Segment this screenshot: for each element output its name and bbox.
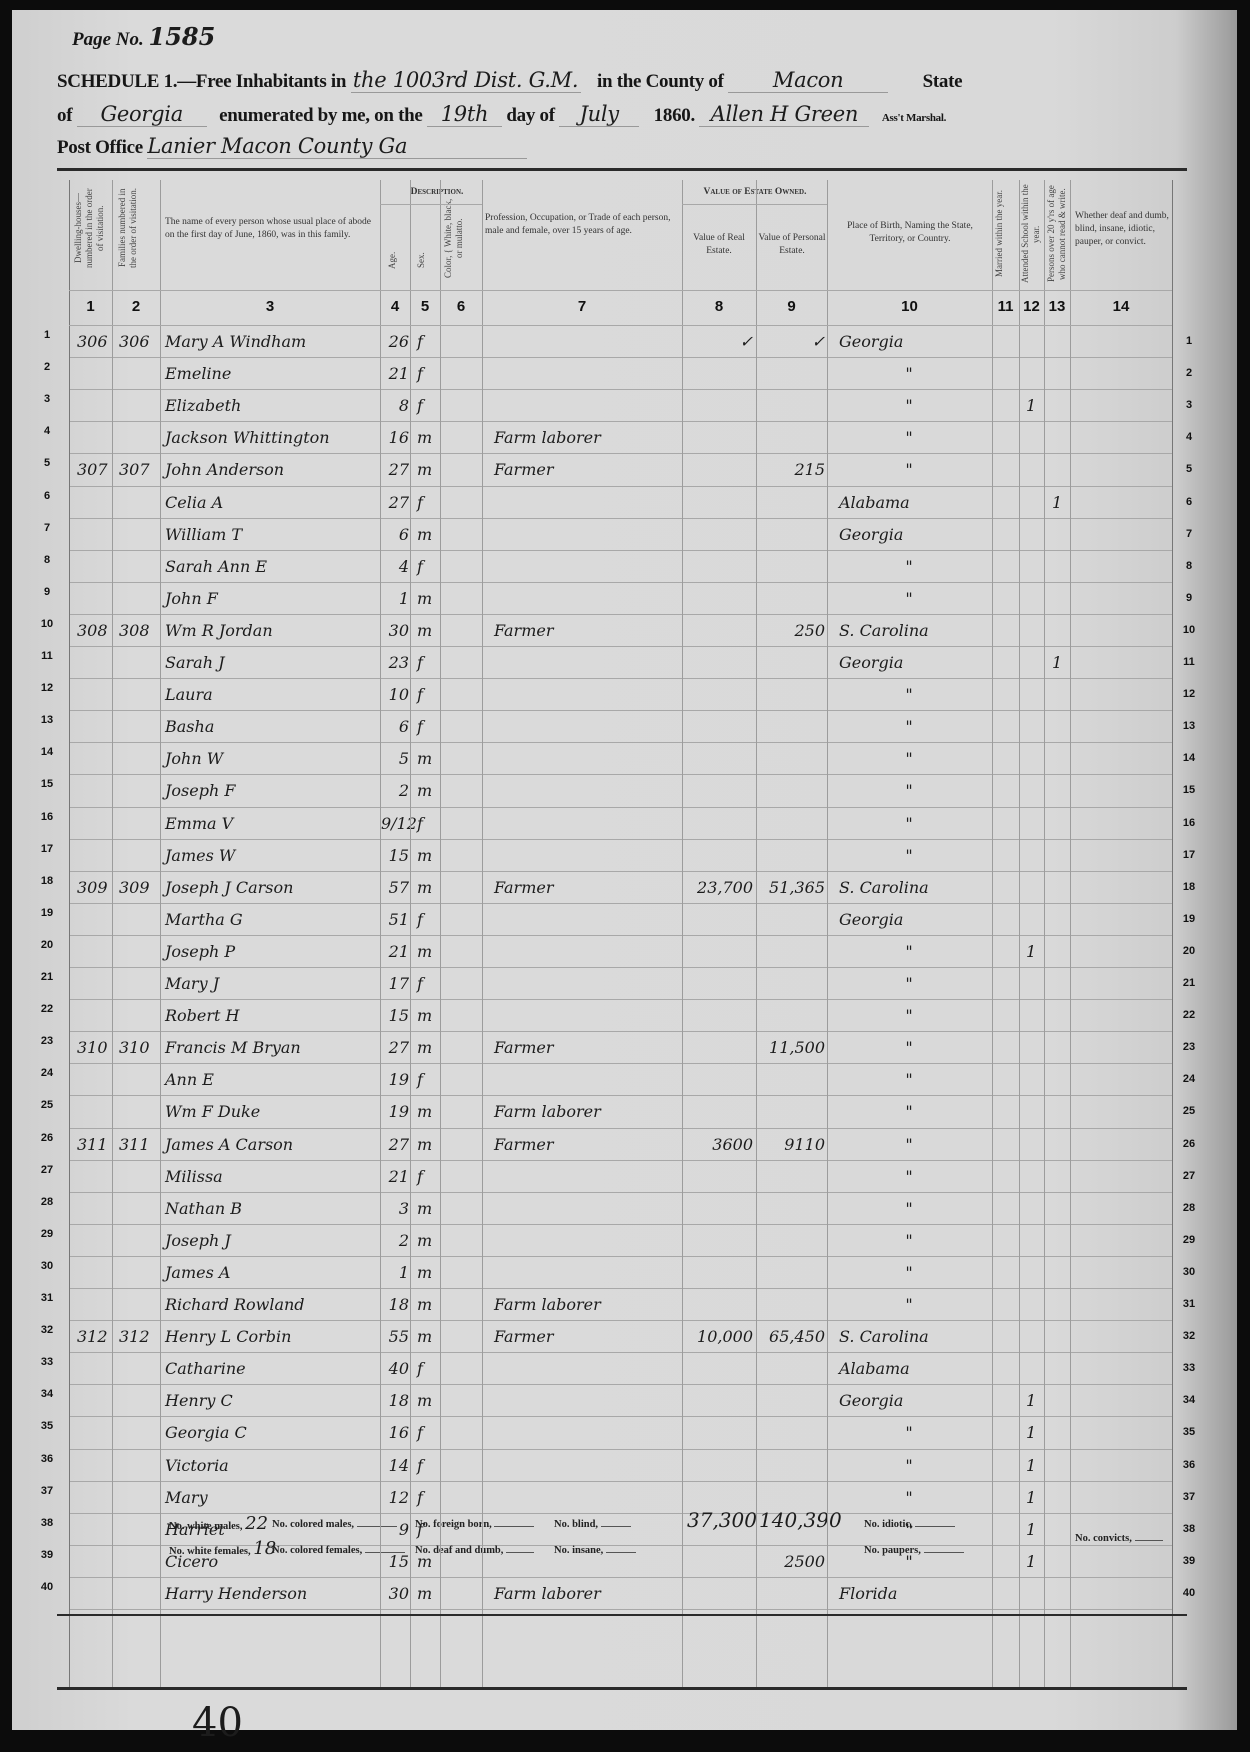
cell-name: Henry C xyxy=(165,1391,380,1410)
white-males-label: No. white males, xyxy=(169,1521,243,1532)
cell-sex: f xyxy=(417,1167,437,1186)
row-divider xyxy=(69,1256,1172,1257)
idiotic-count: No. idiotic, xyxy=(864,1516,955,1530)
column-divider xyxy=(1044,180,1045,1689)
cell-name: Emeline xyxy=(165,364,380,383)
foreign-born-label: No. foreign born, xyxy=(415,1519,492,1530)
cell-school: 1 xyxy=(1026,942,1040,961)
cell-name: Nathan B xyxy=(165,1199,380,1218)
row-number-right: 33 xyxy=(1177,1362,1201,1374)
cell-age: 27 xyxy=(381,493,409,512)
cell-birth: Georgia xyxy=(839,332,989,351)
cell-birth: Georgia xyxy=(839,653,989,672)
cell-age: 15 xyxy=(381,846,409,865)
cell-name: Mary A Windham xyxy=(165,332,380,351)
cell-personal: 11,500 xyxy=(759,1038,825,1057)
row-number-left: 34 xyxy=(35,1388,59,1400)
row-number-left: 16 xyxy=(35,811,59,823)
row-divider xyxy=(69,839,1172,840)
col-number: 5 xyxy=(410,298,440,315)
insane-count: No. insane, xyxy=(554,1542,636,1556)
row-number-left: 27 xyxy=(35,1164,59,1176)
cell-name: Joseph P xyxy=(165,942,380,961)
cell-name: James W xyxy=(165,846,380,865)
cell-name: Harry Henderson xyxy=(165,1584,380,1603)
cell-name: Sarah Ann E xyxy=(165,557,380,576)
cell-name: James A Carson xyxy=(165,1135,380,1154)
schedule-label: SCHEDULE 1.—Free Inhabitants in xyxy=(57,71,346,92)
marshal-name: Allen H Green xyxy=(699,102,869,127)
column-divider xyxy=(160,180,161,1689)
cell-sex: m xyxy=(417,749,437,768)
row-divider xyxy=(69,518,1172,519)
column-divider xyxy=(69,180,70,1689)
cell-school: 1 xyxy=(1026,1520,1040,1539)
row-number-right: 29 xyxy=(1177,1234,1201,1246)
white-males-value: 22 xyxy=(245,1513,268,1534)
cell-birth: " xyxy=(839,717,979,736)
cell-birth: " xyxy=(839,1199,979,1218)
col-number: 4 xyxy=(380,298,410,315)
cell-school: 1 xyxy=(1026,1552,1040,1571)
cell-birth: " xyxy=(839,1038,979,1057)
cell-name: Henry L Corbin xyxy=(165,1327,380,1346)
row-number-right: 24 xyxy=(1177,1073,1201,1085)
row-number-left: 3 xyxy=(35,393,59,405)
col-number: 12 xyxy=(1019,298,1044,315)
cell-occupation: Farmer xyxy=(494,1327,679,1346)
cell-occupation: Farmer xyxy=(494,621,679,640)
cell-age: 6 xyxy=(381,525,409,544)
row-number-right: 34 xyxy=(1177,1394,1201,1406)
cell-name: Francis M Bryan xyxy=(165,1038,380,1057)
cell-dwelling: 306 xyxy=(77,332,112,351)
cell-age: 17 xyxy=(381,974,409,993)
cell-name: Joseph J xyxy=(165,1231,380,1250)
cell-sex: m xyxy=(417,525,437,544)
header-divider xyxy=(682,204,827,205)
cell-age: 15 xyxy=(381,1006,409,1025)
row-number-right: 38 xyxy=(1177,1523,1201,1535)
header-divider xyxy=(69,325,1172,326)
cell-name: Wm F Duke xyxy=(165,1102,380,1121)
row-number-left: 26 xyxy=(35,1132,59,1144)
row-number-right: 31 xyxy=(1177,1298,1201,1310)
row-number-left: 20 xyxy=(35,939,59,951)
cell-family: 310 xyxy=(119,1038,159,1057)
cell-real: 10,000 xyxy=(685,1327,753,1346)
cell-birth: " xyxy=(839,1488,979,1507)
cell-birth: " xyxy=(839,1006,979,1025)
page-label: Page No. xyxy=(72,29,144,50)
cell-sex: f xyxy=(417,814,437,833)
col-header-age: Age. xyxy=(387,240,407,280)
cell-family: 307 xyxy=(119,460,159,479)
row-number-left: 40 xyxy=(35,1581,59,1593)
cell-name: Martha G xyxy=(165,910,380,929)
cell-age: 21 xyxy=(381,942,409,961)
cell-sex: m xyxy=(417,428,437,447)
row-number-left: 18 xyxy=(35,875,59,887)
cell-name: John F xyxy=(165,589,380,608)
column-divider xyxy=(482,180,483,1689)
cell-occupation: Farmer xyxy=(494,1135,679,1154)
row-number-right: 17 xyxy=(1177,849,1201,861)
row-number-right: 7 xyxy=(1177,528,1201,540)
row-number-left: 32 xyxy=(35,1324,59,1336)
row-number-right: 1 xyxy=(1177,335,1201,347)
row-number-left: 29 xyxy=(35,1228,59,1240)
cell-age: 16 xyxy=(381,428,409,447)
cell-sex: f xyxy=(417,685,437,704)
cell-name: Elizabeth xyxy=(165,396,380,415)
row-number-left: 35 xyxy=(35,1420,59,1432)
month-value: July xyxy=(559,102,639,127)
cell-sex: m xyxy=(417,621,437,640)
cell-birth: " xyxy=(839,814,979,833)
cell-name: Joseph J Carson xyxy=(165,878,380,897)
row-number-left: 1 xyxy=(35,329,59,341)
cell-age: 12 xyxy=(381,1488,409,1507)
cell-sex: f xyxy=(417,1456,437,1475)
cell-name: Richard Rowland xyxy=(165,1295,380,1314)
col-number: 10 xyxy=(827,298,992,315)
row-number-right: 40 xyxy=(1177,1587,1201,1599)
row-divider xyxy=(69,1609,1172,1610)
cell-school: 1 xyxy=(1026,1423,1040,1442)
cell-name: Laura xyxy=(165,685,380,704)
row-number-right: 19 xyxy=(1177,913,1201,925)
col-number: 1 xyxy=(69,298,112,315)
row-number-left: 10 xyxy=(35,618,59,630)
cell-age: 27 xyxy=(381,460,409,479)
cell-name: Jackson Whittington xyxy=(165,428,380,447)
enumeration-line: of Georgia enumerated by me, on the 19th… xyxy=(57,102,946,127)
cell-name: Wm R Jordan xyxy=(165,621,380,640)
cell-birth: " xyxy=(839,846,979,865)
col-header-sex: Sex. xyxy=(416,240,436,280)
cell-name: Victoria xyxy=(165,1456,380,1475)
cell-birth: S. Carolina xyxy=(839,1327,989,1346)
cell-dwelling: 308 xyxy=(77,621,112,640)
col-number: 8 xyxy=(682,298,756,315)
row-number-right: 22 xyxy=(1177,1009,1201,1021)
col-header-illiterate: Persons over 20 y'rs of age who cannot r… xyxy=(1046,184,1068,284)
row-divider xyxy=(69,742,1172,743)
footer-bottom-rule xyxy=(57,1687,1187,1690)
cell-sex: m xyxy=(417,1006,437,1025)
cell-personal: 215 xyxy=(759,460,825,479)
col-header-color: Color, { White, black, or mulatto. xyxy=(443,196,479,280)
cell-family: 312 xyxy=(119,1327,159,1346)
row-number-left: 6 xyxy=(35,490,59,502)
cell-sex: f xyxy=(417,910,437,929)
cell-sex: f xyxy=(417,332,437,351)
cell-occupation: Farm laborer xyxy=(494,428,679,447)
col-header-personal-estate: Value of Personal Estate. xyxy=(757,232,827,258)
col-header-family: Families numbered in the order of visita… xyxy=(117,186,155,270)
post-office-line: Post Office Lanier Macon County Ga xyxy=(57,134,527,159)
cell-age: 30 xyxy=(381,1584,409,1603)
cell-real: 23,700 xyxy=(685,878,753,897)
row-number-left: 23 xyxy=(35,1035,59,1047)
cell-personal: 250 xyxy=(759,621,825,640)
cell-personal: ✓ xyxy=(759,332,825,351)
cell-personal: 9110 xyxy=(759,1135,825,1154)
cell-age: 1 xyxy=(381,589,409,608)
cell-birth: " xyxy=(839,460,979,479)
cell-age: 16 xyxy=(381,1423,409,1442)
cell-family: 308 xyxy=(119,621,159,640)
cell-name: Robert H xyxy=(165,1006,380,1025)
cell-name: Mary J xyxy=(165,974,380,993)
row-number-left: 17 xyxy=(35,843,59,855)
cell-sex: m xyxy=(417,942,437,961)
cell-school: 1 xyxy=(1026,1488,1040,1507)
cell-age: 8 xyxy=(381,396,409,415)
cell-name: Emma V xyxy=(165,814,380,833)
row-number-right: 2 xyxy=(1177,367,1201,379)
row-divider xyxy=(69,871,1172,872)
row-divider xyxy=(69,1416,1172,1417)
idiotic-label: No. idiotic, xyxy=(864,1519,913,1530)
row-divider xyxy=(69,999,1172,1000)
cell-sex: m xyxy=(417,1231,437,1250)
row-number-left: 7 xyxy=(35,522,59,534)
col-header-birthplace: Place of Birth, Naming the State, Territ… xyxy=(835,220,985,246)
cell-sex: f xyxy=(417,974,437,993)
cell-personal: 51,365 xyxy=(759,878,825,897)
row-number-left: 11 xyxy=(35,650,59,662)
paupers-count: No. paupers, xyxy=(864,1542,964,1556)
row-number-right: 3 xyxy=(1177,399,1201,411)
row-number-right: 6 xyxy=(1177,496,1201,508)
col-header-real-estate: Value of Real Estate. xyxy=(684,232,754,258)
cell-sex: m xyxy=(417,460,437,479)
row-number-right: 21 xyxy=(1177,977,1201,989)
cell-age: 1 xyxy=(381,1263,409,1282)
col-number: 2 xyxy=(112,298,160,315)
cell-birth: " xyxy=(839,1295,979,1314)
row-number-left: 39 xyxy=(35,1549,59,1561)
col-header-name: The name of every person whose usual pla… xyxy=(165,216,375,242)
cell-name: Georgia C xyxy=(165,1423,380,1442)
page-number-value: 1585 xyxy=(149,22,216,51)
blind-label: No. blind, xyxy=(554,1519,598,1530)
cell-age: 19 xyxy=(381,1070,409,1089)
cell-sex: m xyxy=(417,846,437,865)
cell-sex: f xyxy=(417,396,437,415)
cell-dwelling: 312 xyxy=(77,1327,112,1346)
cell-birth: " xyxy=(839,428,979,447)
row-number-right: 16 xyxy=(1177,817,1201,829)
col-number: 9 xyxy=(756,298,827,315)
marshal-label: Ass't Marshal. xyxy=(882,112,946,124)
insane-label: No. insane, xyxy=(554,1545,603,1556)
cell-sex: f xyxy=(417,1488,437,1507)
cell-age: 26 xyxy=(381,332,409,351)
row-divider xyxy=(69,710,1172,711)
blind-count: No. blind, xyxy=(554,1516,631,1530)
cell-name: Basha xyxy=(165,717,380,736)
cell-birth: " xyxy=(839,1456,979,1475)
cell-dwelling: 311 xyxy=(77,1135,112,1154)
row-number-left: 22 xyxy=(35,1003,59,1015)
row-number-left: 31 xyxy=(35,1292,59,1304)
col-number: 13 xyxy=(1044,298,1070,315)
paupers-label: No. paupers, xyxy=(864,1545,921,1556)
row-number-right: 36 xyxy=(1177,1459,1201,1471)
cell-birth: " xyxy=(839,364,979,383)
header-rule xyxy=(57,168,1187,171)
cell-family: 311 xyxy=(119,1135,159,1154)
column-divider xyxy=(1070,180,1071,1689)
cell-birth: Alabama xyxy=(839,493,989,512)
row-divider xyxy=(69,550,1172,551)
row-number-left: 8 xyxy=(35,554,59,566)
row-number-right: 28 xyxy=(1177,1202,1201,1214)
white-females-count: No. white females, 18 xyxy=(169,1538,276,1559)
row-divider xyxy=(69,1320,1172,1321)
cell-sex: m xyxy=(417,1584,437,1603)
row-number-right: 5 xyxy=(1177,463,1201,475)
row-divider xyxy=(69,1128,1172,1129)
row-divider xyxy=(69,1031,1172,1032)
row-number-right: 32 xyxy=(1177,1330,1201,1342)
cell-birth: Georgia xyxy=(839,1391,989,1410)
row-number-left: 38 xyxy=(35,1517,59,1529)
row-divider xyxy=(69,1384,1172,1385)
cell-sex: f xyxy=(417,1423,437,1442)
row-number-right: 9 xyxy=(1177,592,1201,604)
cell-birth: " xyxy=(839,781,979,800)
row-number-right: 12 xyxy=(1177,688,1201,700)
column-divider xyxy=(440,180,441,1689)
cell-sex: m xyxy=(417,781,437,800)
cell-age: 19 xyxy=(381,1102,409,1121)
cell-school: 1 xyxy=(1026,396,1040,415)
column-divider xyxy=(756,180,757,1689)
deaf-dumb-label: No. deaf and dumb, xyxy=(415,1545,503,1556)
cell-name: Mary xyxy=(165,1488,380,1507)
cell-family: 306 xyxy=(119,332,159,351)
cell-sex: m xyxy=(417,1135,437,1154)
of-label: of xyxy=(57,105,72,126)
cell-birth: " xyxy=(839,1167,979,1186)
row-number-right: 26 xyxy=(1177,1138,1201,1150)
page-tally: 40 xyxy=(192,1700,243,1746)
white-males-count: No. white males, 22 xyxy=(169,1513,268,1534)
cell-sex: f xyxy=(417,653,437,672)
cell-age: 2 xyxy=(381,781,409,800)
row-divider xyxy=(69,935,1172,936)
census-page: Page No. 1585 SCHEDULE 1.—Free Inhabitan… xyxy=(12,10,1237,1730)
cell-age: 14 xyxy=(381,1456,409,1475)
census-table: Dwelling-houses—numbered in the order of… xyxy=(69,180,1189,1650)
row-number-left: 12 xyxy=(35,682,59,694)
cell-sex: m xyxy=(417,1327,437,1346)
cell-birth: " xyxy=(839,942,979,961)
cell-real: 3600 xyxy=(685,1135,753,1154)
cell-age: 21 xyxy=(381,1167,409,1186)
row-divider xyxy=(69,903,1172,904)
row-number-left: 15 xyxy=(35,778,59,790)
cell-sex: m xyxy=(417,1295,437,1314)
colored-females-label: No. colored females, xyxy=(272,1545,362,1556)
cell-age: 51 xyxy=(381,910,409,929)
cell-name: John W xyxy=(165,749,380,768)
cell-name: Milissa xyxy=(165,1167,380,1186)
cell-birth: " xyxy=(839,1231,979,1250)
cell-birth: " xyxy=(839,1070,979,1089)
row-number-right: 15 xyxy=(1177,784,1201,796)
cell-illit: 1 xyxy=(1052,653,1066,672)
cell-sex: f xyxy=(417,557,437,576)
year-value: 1860. xyxy=(654,105,695,126)
cell-birth: " xyxy=(839,1135,979,1154)
cell-sex: f xyxy=(417,717,437,736)
row-number-left: 14 xyxy=(35,746,59,758)
cell-name: James A xyxy=(165,1263,380,1282)
col-header-school: Attended School within the year. xyxy=(1020,184,1042,284)
cell-illit: 1 xyxy=(1052,493,1066,512)
cell-name: John Anderson xyxy=(165,460,380,479)
row-number-left: 33 xyxy=(35,1356,59,1368)
row-number-right: 27 xyxy=(1177,1170,1201,1182)
cell-age: 4 xyxy=(381,557,409,576)
cell-occupation: Farmer xyxy=(494,878,679,897)
column-divider xyxy=(410,180,411,1689)
row-number-right: 14 xyxy=(1177,752,1201,764)
col-header-occupation: Profession, Occupation, or Trade of each… xyxy=(485,212,681,238)
cell-sex: m xyxy=(417,1263,437,1282)
cell-occupation: Farmer xyxy=(494,1038,679,1057)
row-number-right: 18 xyxy=(1177,881,1201,893)
column-divider xyxy=(682,180,683,1689)
cell-age: 5 xyxy=(381,749,409,768)
row-divider xyxy=(69,1063,1172,1064)
cell-age: 6 xyxy=(381,717,409,736)
cell-name: Catharine xyxy=(165,1359,380,1378)
row-number-right: 30 xyxy=(1177,1266,1201,1278)
column-divider xyxy=(1172,180,1173,1689)
row-number-left: 21 xyxy=(35,971,59,983)
cell-sex: m xyxy=(417,1199,437,1218)
col-header-disability: Whether deaf and dumb, blind, insane, id… xyxy=(1075,210,1175,249)
cell-age: 27 xyxy=(381,1135,409,1154)
col-number: 14 xyxy=(1070,298,1172,315)
post-office-label: Post Office xyxy=(57,137,143,158)
row-divider xyxy=(69,614,1172,615)
cell-occupation: Farm laborer xyxy=(494,1102,679,1121)
cell-birth: S. Carolina xyxy=(839,621,989,640)
row-number-left: 4 xyxy=(35,425,59,437)
col-header-married: Married within the year. xyxy=(994,184,1016,284)
cell-age: 55 xyxy=(381,1327,409,1346)
column-divider xyxy=(992,180,993,1689)
cell-sex: m xyxy=(417,878,437,897)
convicts-count: No. convicts, xyxy=(1075,1530,1163,1544)
cell-age: 2 xyxy=(381,1231,409,1250)
personal-estate-total: 140,390 xyxy=(759,1508,842,1532)
cell-age: 18 xyxy=(381,1391,409,1410)
cell-sex: f xyxy=(417,493,437,512)
cell-age: 10 xyxy=(381,685,409,704)
column-divider xyxy=(827,180,828,1689)
cell-sex: f xyxy=(417,364,437,383)
cell-birth: Georgia xyxy=(839,525,989,544)
cell-age: 30 xyxy=(381,621,409,640)
